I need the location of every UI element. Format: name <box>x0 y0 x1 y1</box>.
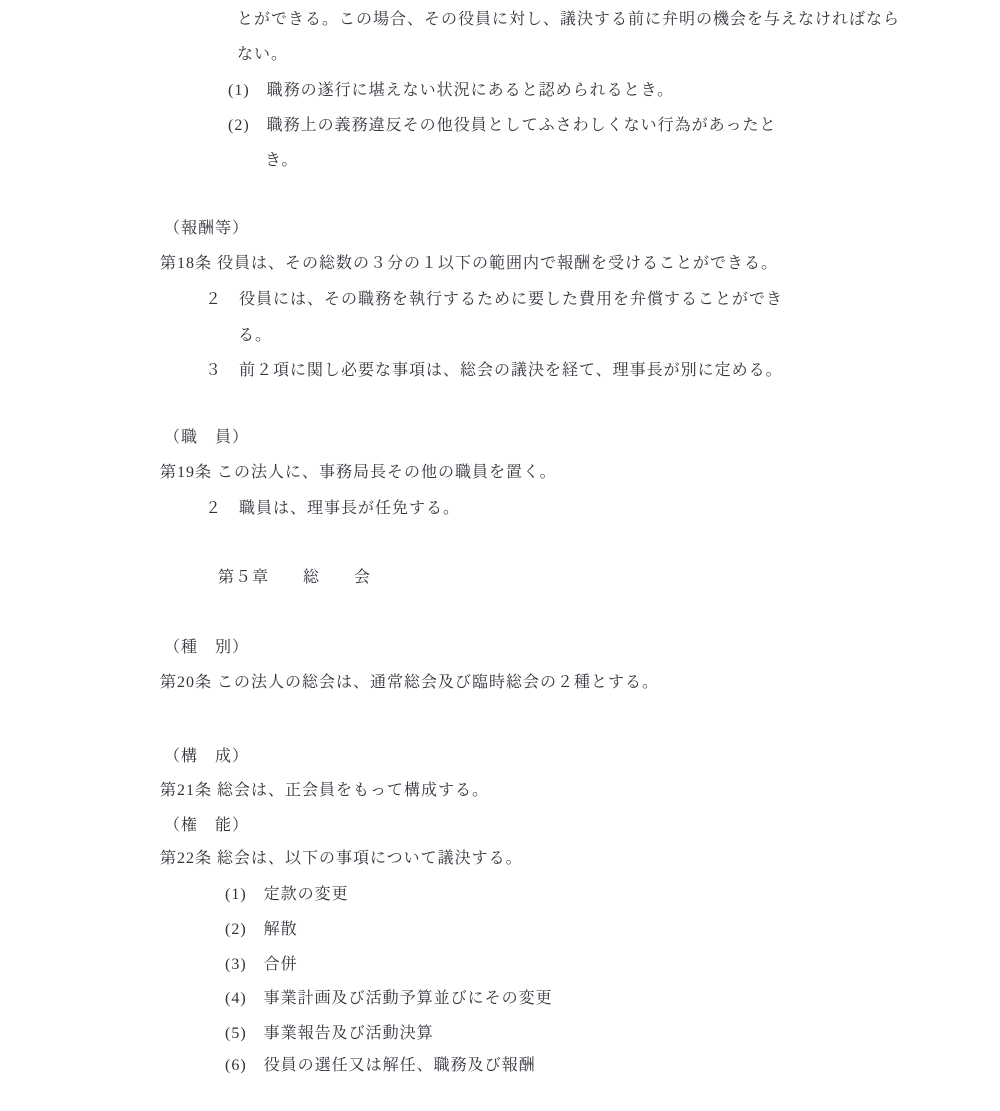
document-line-17: （構 成） <box>164 747 249 767</box>
document-line-10: ３ 前２項に関し必要な事項は、総会の議決を経て、理事長が別に定める。 <box>205 361 783 381</box>
document-line-5: き。 <box>265 151 298 171</box>
document-line-13: ２ 職員は、理事長が任免する。 <box>205 499 460 519</box>
document-line-16: 第20条 この法人の総会は、通常総会及び臨時総会の２種とする。 <box>160 673 659 693</box>
document-line-1: とができる。この場合、その役員に対し、議決する前に弁明の機会を与えなければなら <box>237 10 900 30</box>
document-line-15: （種 別） <box>164 638 249 658</box>
document-line-11: （職 員） <box>164 428 249 448</box>
document-line-12: 第19条 この法人に、事務局長その他の職員を置く。 <box>160 463 557 483</box>
document-line-2: ない。 <box>237 45 288 65</box>
document-line-25: (5) 事業報告及び活動決算 <box>225 1024 434 1044</box>
document-line-7: 第18条 役員は、その総数の３分の１以下の範囲内で報酬を受けることができる。 <box>160 254 778 274</box>
document-line-24: (4) 事業計画及び活動予算並びにその変更 <box>225 989 553 1009</box>
document-page: とができる。この場合、その役員に対し、議決する前に弁明の機会を与えなければならな… <box>0 0 1000 1111</box>
document-line-19: （権 能） <box>164 816 249 836</box>
document-line-20: 第22条 総会は、以下の事項について議決する。 <box>160 849 523 869</box>
document-line-3: (1) 職務の遂行に堪えない状況にあると認められるとき。 <box>228 81 674 101</box>
document-line-22: (2) 解散 <box>225 920 298 940</box>
document-line-9: る。 <box>238 326 272 346</box>
document-line-14: 第５章 総 会 <box>218 568 371 588</box>
document-line-6: （報酬等） <box>164 219 249 239</box>
document-line-18: 第21条 総会は、正会員をもって構成する。 <box>160 781 489 801</box>
document-line-23: (3) 合併 <box>225 955 298 975</box>
document-line-4: (2) 職務上の義務違反その他役員としてふさわしくない行為があったと <box>228 116 777 136</box>
document-line-8: ２ 役員には、その職務を執行するために要した費用を弁償することができ <box>205 290 783 310</box>
document-line-21: (1) 定款の変更 <box>225 885 349 905</box>
document-line-26: (6) 役員の選任又は解任、職務及び報酬 <box>225 1056 536 1076</box>
